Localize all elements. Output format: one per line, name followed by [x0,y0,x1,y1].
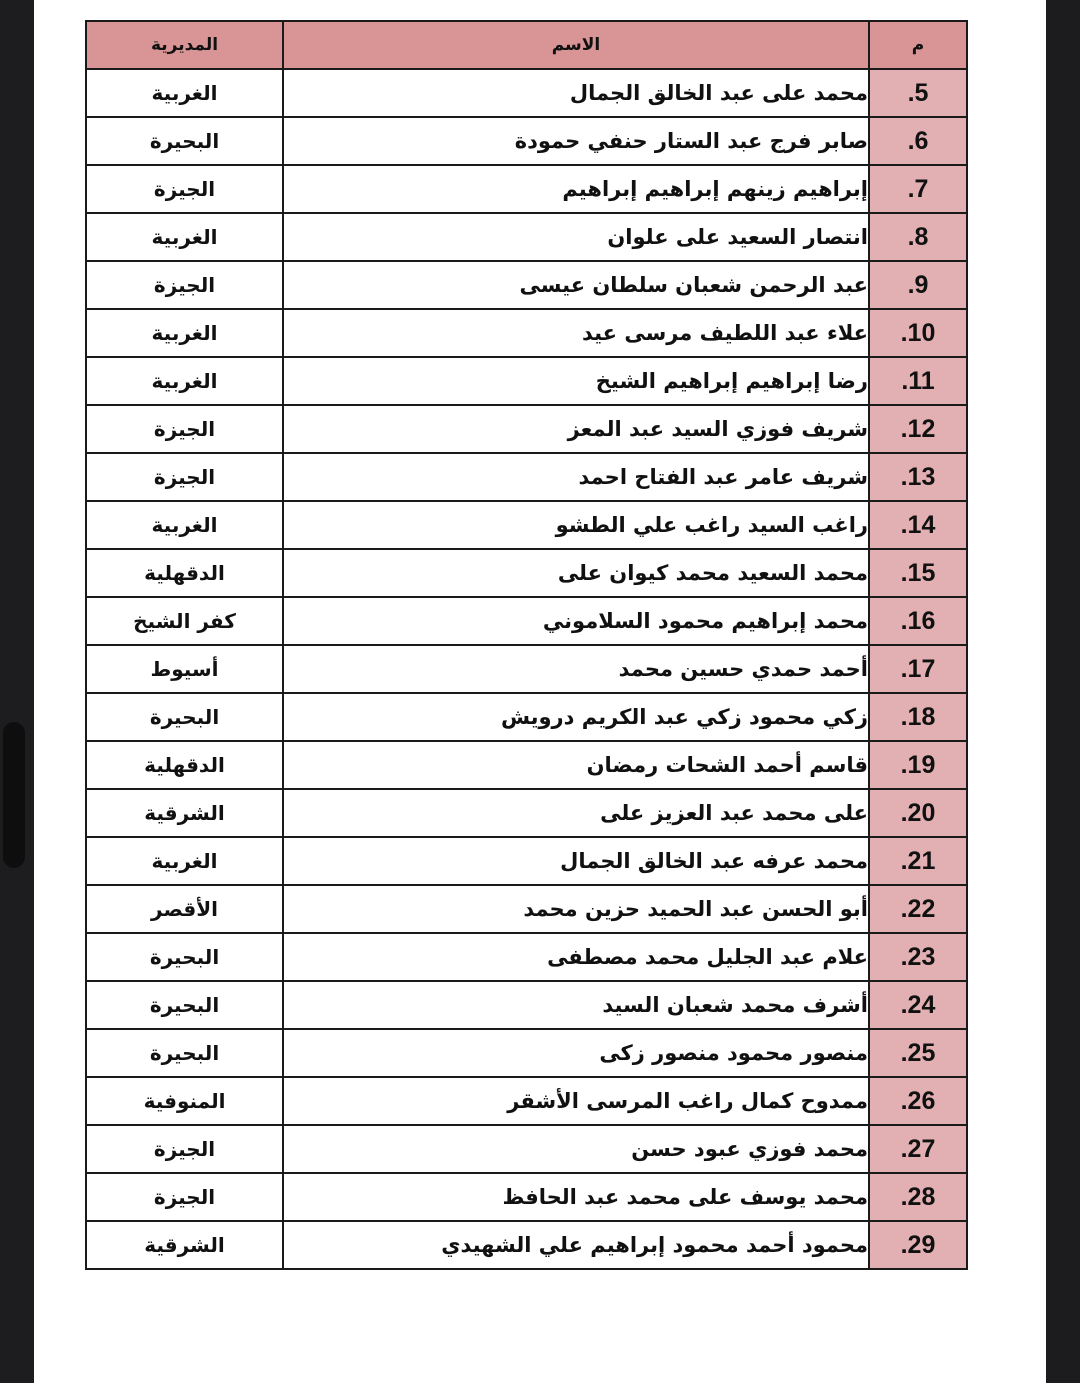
row-directorate: البحيرة [86,693,283,741]
row-number: .11 [869,357,967,405]
row-directorate: الجيزة [86,261,283,309]
row-name: محمد يوسف على محمد عبد الحافظ [283,1173,869,1221]
row-number: .9 [869,261,967,309]
row-number: .6 [869,117,967,165]
row-directorate: الجيزة [86,453,283,501]
row-number: .24 [869,981,967,1029]
row-name: على محمد عبد العزيز على [283,789,869,837]
viewer-right-margin [1046,0,1080,1383]
table-row: .9عبد الرحمن شعبان سلطان عيسىالجيزة [86,261,967,309]
row-directorate: البحيرة [86,117,283,165]
row-number: .27 [869,1125,967,1173]
header-name: الاسم [283,21,869,69]
table-row: .24أشرف محمد شعبان السيدالبحيرة [86,981,967,1029]
row-name: إبراهيم زينهم إبراهيم إبراهيم [283,165,869,213]
table-row: .15محمد السعيد محمد كيوان علىالدقهلية [86,549,967,597]
row-name: انتصار السعيد على علوان [283,213,869,261]
row-name: علام عبد الجليل محمد مصطفى [283,933,869,981]
row-number: .19 [869,741,967,789]
row-directorate: الغربية [86,357,283,405]
row-directorate: الجيزة [86,1173,283,1221]
row-name: شريف فوزي السيد عبد المعز [283,405,869,453]
header-number: م [869,21,967,69]
row-number: .12 [869,405,967,453]
table-row: .12شريف فوزي السيد عبد المعزالجيزة [86,405,967,453]
scrollbar-handle[interactable] [3,722,25,868]
row-directorate: الجيزة [86,405,283,453]
row-directorate: الشرقية [86,789,283,837]
row-name: محمود أحمد محمود إبراهيم علي الشهيدي [283,1221,869,1269]
row-directorate: الجيزة [86,165,283,213]
row-directorate: الجيزة [86,1125,283,1173]
row-directorate: الغربية [86,309,283,357]
row-directorate: المنوفية [86,1077,283,1125]
row-number: .18 [869,693,967,741]
row-name: عبد الرحمن شعبان سلطان عيسى [283,261,869,309]
table-row: .27محمد فوزي عبود حسنالجيزة [86,1125,967,1173]
table-row: .6صابر فرج عبد الستار حنفي حمودةالبحيرة [86,117,967,165]
row-number: .13 [869,453,967,501]
row-name: ممدوح كمال راغب المرسى الأشقر [283,1077,869,1125]
row-number: .10 [869,309,967,357]
table-row: .21محمد عرفه عبد الخالق الجمالالغربية [86,837,967,885]
row-name: قاسم أحمد الشحات رمضان [283,741,869,789]
row-directorate: الغربية [86,213,283,261]
row-number: .14 [869,501,967,549]
row-name: محمد فوزي عبود حسن [283,1125,869,1173]
row-directorate: الدقهلية [86,741,283,789]
row-name: زكي محمود زكي عبد الكريم درويش [283,693,869,741]
row-number: .23 [869,933,967,981]
names-table: م الاسم المديرية .5محمد على عبد الخالق ا… [85,20,968,1270]
row-number: .16 [869,597,967,645]
row-name: أبو الحسن عبد الحميد حزين محمد [283,885,869,933]
row-number: .20 [869,789,967,837]
row-directorate: الغربية [86,69,283,117]
header-directorate: المديرية [86,21,283,69]
row-directorate: أسيوط [86,645,283,693]
table-row: .23علام عبد الجليل محمد مصطفىالبحيرة [86,933,967,981]
row-number: .26 [869,1077,967,1125]
row-number: .5 [869,69,967,117]
row-number: .8 [869,213,967,261]
row-name: راغب السيد راغب علي الطشو [283,501,869,549]
table-row: .25منصور محمود منصور زكىالبحيرة [86,1029,967,1077]
row-directorate: البحيرة [86,1029,283,1077]
row-name: شريف عامر عبد الفتاح احمد [283,453,869,501]
table-row: .14راغب السيد راغب علي الطشوالغربية [86,501,967,549]
row-directorate: الغربية [86,501,283,549]
row-number: .15 [869,549,967,597]
table-row: .17أحمد حمدي حسين محمدأسيوط [86,645,967,693]
row-number: .22 [869,885,967,933]
row-name: علاء عبد اللطيف مرسى عيد [283,309,869,357]
row-number: .21 [869,837,967,885]
table-row: .11رضا إبراهيم إبراهيم الشيخالغربية [86,357,967,405]
row-number: .17 [869,645,967,693]
table-row: .10علاء عبد اللطيف مرسى عيدالغربية [86,309,967,357]
table-row: .26ممدوح كمال راغب المرسى الأشقرالمنوفية [86,1077,967,1125]
row-number: .29 [869,1221,967,1269]
row-name: صابر فرج عبد الستار حنفي حمودة [283,117,869,165]
table-row: .13شريف عامر عبد الفتاح احمدالجيزة [86,453,967,501]
document-page: م الاسم المديرية .5محمد على عبد الخالق ا… [34,0,1046,1383]
table-row: .28محمد يوسف على محمد عبد الحافظالجيزة [86,1173,967,1221]
table-header-row: م الاسم المديرية [86,21,967,69]
row-name: أشرف محمد شعبان السيد [283,981,869,1029]
row-directorate: الشرقية [86,1221,283,1269]
row-number: .28 [869,1173,967,1221]
row-directorate: الأقصر [86,885,283,933]
row-name: محمد السعيد محمد كيوان على [283,549,869,597]
table-row: .16محمد إبراهيم محمود السلامونيكفر الشيخ [86,597,967,645]
table-row: .7إبراهيم زينهم إبراهيم إبراهيمالجيزة [86,165,967,213]
row-number: .7 [869,165,967,213]
row-name: محمد على عبد الخالق الجمال [283,69,869,117]
row-directorate: الدقهلية [86,549,283,597]
row-name: محمد إبراهيم محمود السلاموني [283,597,869,645]
row-name: منصور محمود منصور زكى [283,1029,869,1077]
table-row: .18زكي محمود زكي عبد الكريم درويشالبحيرة [86,693,967,741]
row-name: أحمد حمدي حسين محمد [283,645,869,693]
row-number: .25 [869,1029,967,1077]
row-directorate: كفر الشيخ [86,597,283,645]
table-row: .5محمد على عبد الخالق الجمالالغربية [86,69,967,117]
row-directorate: البحيرة [86,981,283,1029]
table-row: .29محمود أحمد محمود إبراهيم علي الشهيديا… [86,1221,967,1269]
row-directorate: الغربية [86,837,283,885]
row-directorate: البحيرة [86,933,283,981]
table-row: .22أبو الحسن عبد الحميد حزين محمدالأقصر [86,885,967,933]
row-name: رضا إبراهيم إبراهيم الشيخ [283,357,869,405]
table-row: .20على محمد عبد العزيز علىالشرقية [86,789,967,837]
viewer-left-margin [0,0,34,1383]
table-row: .8انتصار السعيد على علوانالغربية [86,213,967,261]
table-row: .19قاسم أحمد الشحات رمضانالدقهلية [86,741,967,789]
row-name: محمد عرفه عبد الخالق الجمال [283,837,869,885]
